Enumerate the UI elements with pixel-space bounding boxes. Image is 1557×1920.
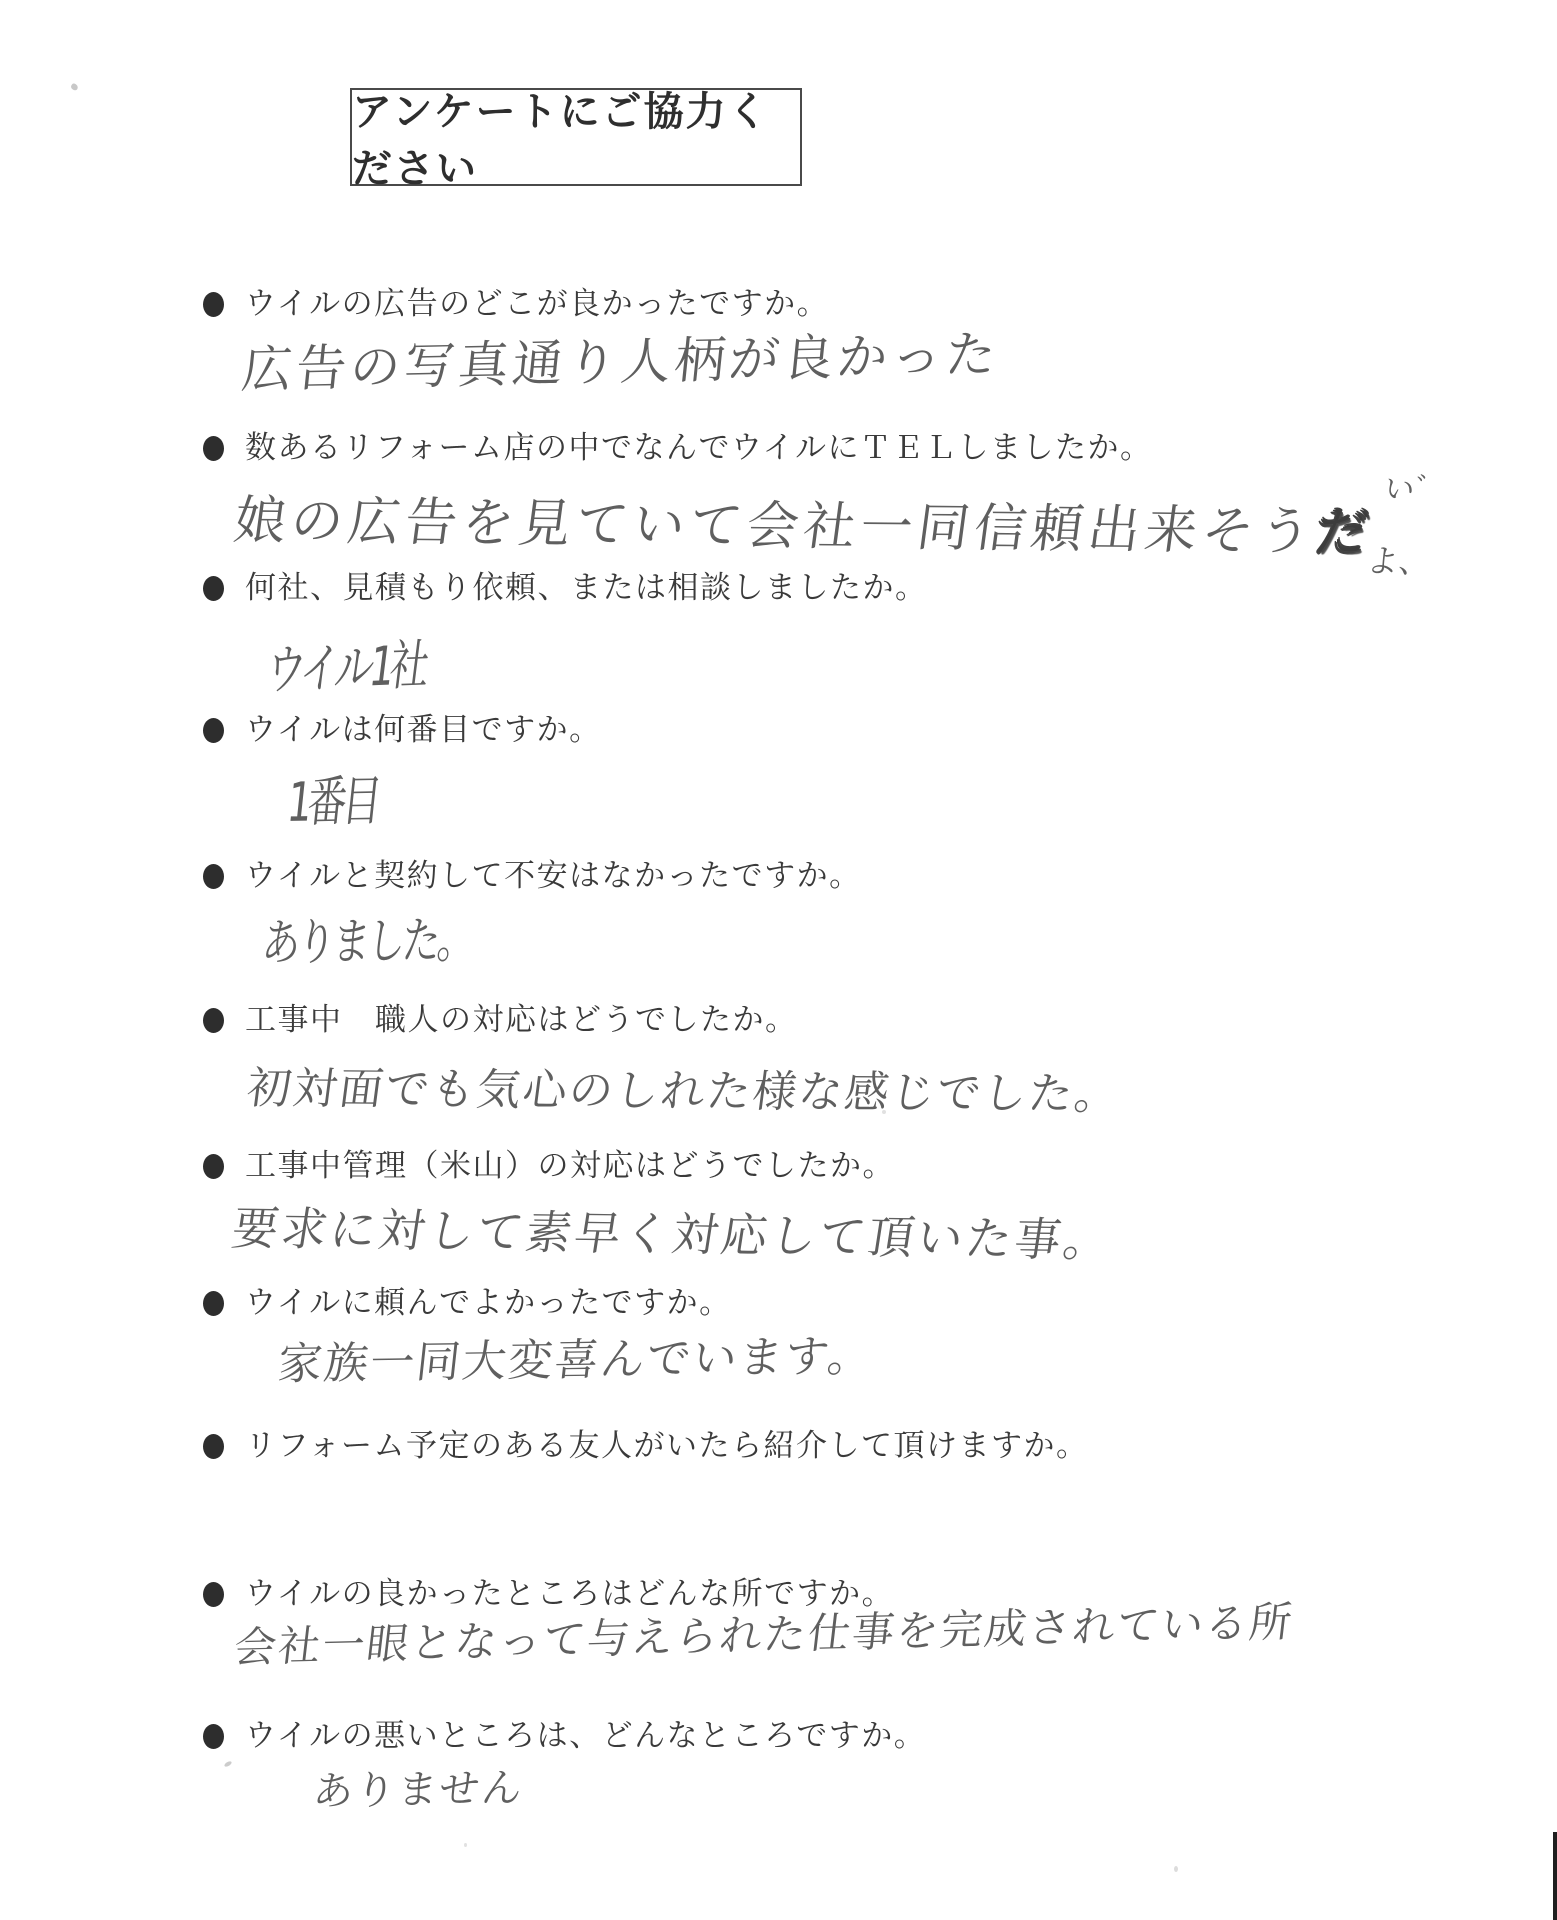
question-item-9: リフォーム予定のある友人がいたら紹介して頂けますか。 xyxy=(203,1428,1088,1464)
scan-edge-artifact xyxy=(1553,1832,1557,1920)
scanned-questionnaire-page: アンケートにご協力ください ウイルの広告のどこが良かったですか。 数あるリフォー… xyxy=(0,0,1557,1920)
handwritten-answer-2: 娘の広告を見ていて会社一同信頼出来そうだい゛よ、 xyxy=(230,478,1438,566)
scan-speck xyxy=(224,1760,233,1767)
bullet-icon xyxy=(203,1008,224,1033)
bullet-icon xyxy=(203,292,224,317)
question-text: ウイルの広告のどこが良かったですか。 xyxy=(245,286,829,322)
question-item-8: ウイルに頼んでよかったですか。 xyxy=(203,1285,732,1321)
handwritten-answer-11: ありません xyxy=(311,1756,526,1817)
question-text: 何社、見積もり依頼、または相談しましたか。 xyxy=(245,570,928,606)
answer-text: 娘の広告を見ていて会社一同信頼出来そう xyxy=(230,491,1320,562)
bullet-icon xyxy=(203,1434,224,1459)
title-box: アンケートにご協力ください xyxy=(350,88,802,186)
bullet-icon xyxy=(203,864,224,889)
question-text: 工事中 職人の対応はどうでしたか。 xyxy=(245,1002,798,1038)
question-item-4: ウイルは何番目ですか。 xyxy=(203,712,602,748)
question-text: リフォーム予定のある友人がいたら紹介して頂けますか。 xyxy=(245,1428,1088,1464)
correction-note-top: い゛ xyxy=(1382,464,1448,509)
scan-speck xyxy=(70,83,79,92)
handwritten-answer-7: 要求に対して素早く対応して頂いた事。 xyxy=(228,1192,1118,1270)
page-title: アンケートにご協力ください xyxy=(352,80,800,194)
question-text: 工事中管理（米山）の対応はどうでしたか。 xyxy=(245,1148,895,1184)
question-item-7: 工事中管理（米山）の対応はどうでしたか。 xyxy=(203,1148,895,1184)
question-item-3: 何社、見積もり依頼、または相談しましたか。 xyxy=(203,570,928,606)
handwritten-answer-4: 1番目 xyxy=(284,758,382,837)
correction-note-bottom: よ、 xyxy=(1364,536,1434,583)
handwritten-answer-5: ありました。 xyxy=(259,900,476,975)
scan-speck xyxy=(882,1110,886,1114)
bullet-icon xyxy=(203,1154,224,1179)
question-text: 数あるリフォーム店の中でなんでウイルにＴＥＬしましたか。 xyxy=(245,430,1153,466)
question-item-1: ウイルの広告のどこが良かったですか。 xyxy=(203,286,829,322)
scan-speck xyxy=(1174,1866,1178,1872)
scan-speck xyxy=(464,1843,467,1847)
bullet-icon xyxy=(203,1724,224,1749)
handwritten-answer-6: 初対面でも気心のしれた様な感じでした。 xyxy=(244,1052,1126,1122)
question-item-2: 数あるリフォーム店の中でなんでウイルにＴＥＬしましたか。 xyxy=(203,430,1153,466)
handwritten-answer-8: 家族一同大変喜んでいます。 xyxy=(275,1320,877,1392)
question-item-5: ウイルと契約して不安はなかったですか。 xyxy=(203,858,862,894)
question-text: ウイルと契約して不安はなかったですか。 xyxy=(245,858,862,894)
question-text: ウイルの悪いところは、どんなところですか。 xyxy=(245,1718,926,1754)
bullet-icon xyxy=(203,576,224,601)
question-text: ウイルは何番目ですか。 xyxy=(245,712,602,748)
bullet-icon xyxy=(203,436,224,461)
bullet-icon xyxy=(203,1291,224,1316)
bullet-icon xyxy=(203,1582,224,1607)
correction-note: い゛よ、 xyxy=(1371,490,1439,551)
handwritten-answer-1: 広告の写真通り人柄が良かった xyxy=(239,314,1004,402)
bullet-icon xyxy=(203,718,224,743)
question-item-11: ウイルの悪いところは、どんなところですか。 xyxy=(203,1718,926,1754)
handwritten-answer-3: ウイル1社 xyxy=(262,623,430,705)
question-text: ウイルに頼んでよかったですか。 xyxy=(245,1285,732,1321)
question-item-6: 工事中 職人の対応はどうでしたか。 xyxy=(203,1002,798,1038)
